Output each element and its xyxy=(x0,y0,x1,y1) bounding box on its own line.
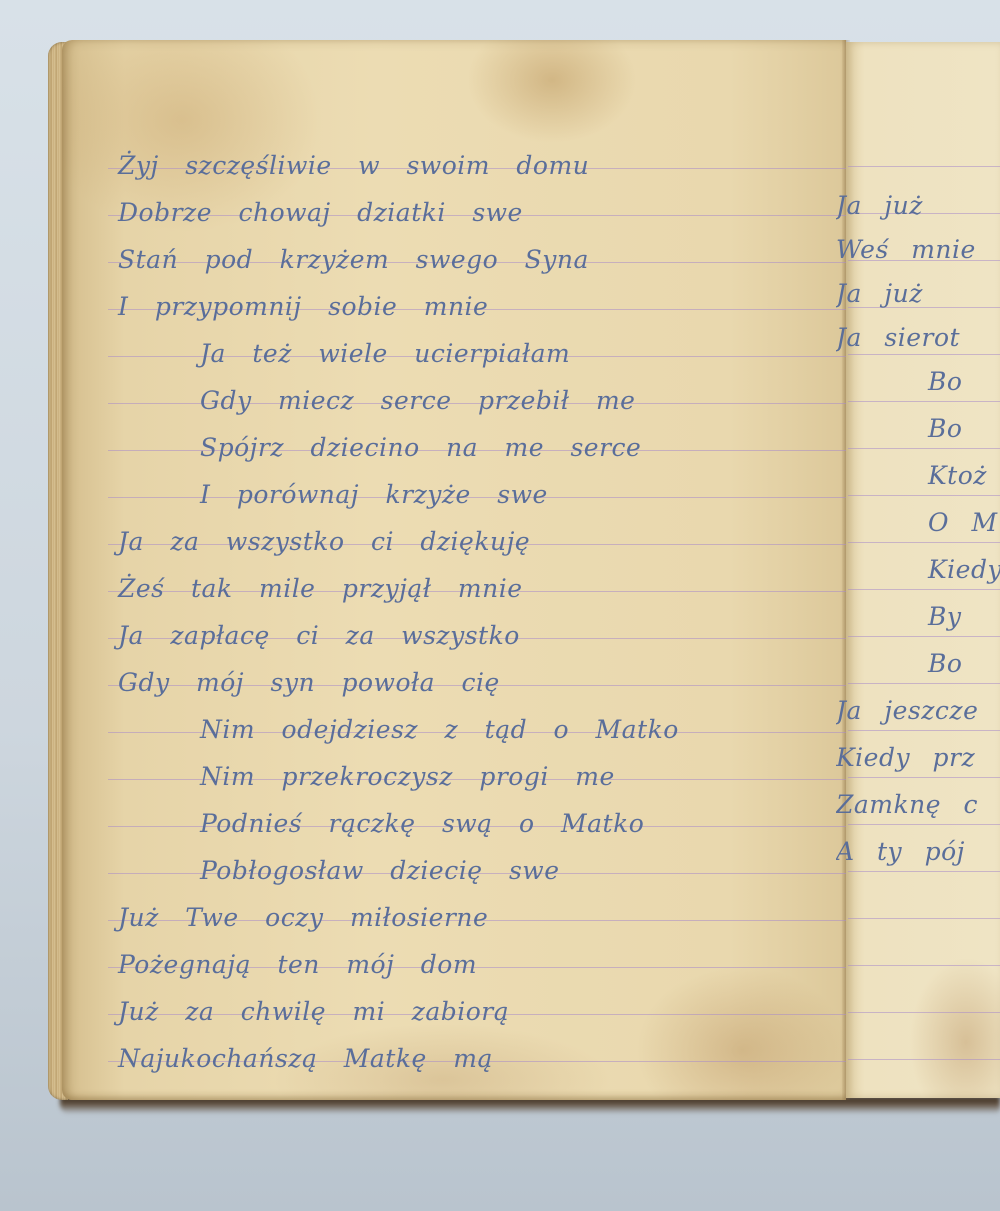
verse-line: Ja już xyxy=(836,188,1000,232)
verse-line: Dobrze chowaj dziatki swe xyxy=(118,195,798,242)
verse-line: Bo xyxy=(836,411,1000,458)
verse-line: Gdy miecz serce przebił me xyxy=(118,383,798,430)
verse-line: Żyj szczęśliwie w swoim domu xyxy=(118,148,798,195)
verse-line: Ja też wiele ucierpiałam xyxy=(118,336,798,383)
verse-line: Weś mnie xyxy=(836,232,1000,276)
verse-line: Najukochańszą Matkę mą xyxy=(118,1041,798,1088)
verse-line: Kiedy prz xyxy=(836,740,1000,787)
verse-line: Kiedy xyxy=(836,552,1000,599)
verse-line: Bo xyxy=(836,646,1000,693)
verse-line: Już Twe oczy miłosierne xyxy=(118,900,798,947)
verse-line: Ja zapłacę ci za wszystko xyxy=(118,618,798,665)
verse-line: Ja już xyxy=(836,276,1000,320)
verse-line: A ty pój xyxy=(836,834,1000,881)
verse-line: Nim przekroczysz progi me xyxy=(118,759,798,806)
verse-line: Pobłogosław dziecię swe xyxy=(118,853,798,900)
verse-line: Ja jeszcze xyxy=(836,693,1000,740)
rule-line xyxy=(848,1059,1000,1060)
right-page-text: Ja już Weś mnie Ja już Ja sierot Bo Bo K… xyxy=(836,188,1000,881)
rule-line xyxy=(848,1012,1000,1013)
rule-line xyxy=(848,166,1000,167)
verse-line: Ktoż xyxy=(836,458,1000,505)
verse-line: I porównaj krzyże swe xyxy=(118,477,798,524)
verse-line: Podnieś rączkę swą o Matko xyxy=(118,806,798,853)
verse-line: Zamknę c xyxy=(836,787,1000,834)
rule-line xyxy=(848,965,1000,966)
verse-line: Stań pod krzyżem swego Syna xyxy=(118,242,798,289)
verse-line: Już za chwilę mi zabiorą xyxy=(118,994,798,1041)
verse-line: Pożegnają ten mój dom xyxy=(118,947,798,994)
verse-line: Ja sierot xyxy=(836,320,1000,364)
rule-line xyxy=(848,918,1000,919)
verse-line: O M xyxy=(836,505,1000,552)
verse-line: Gdy mój syn powoła cię xyxy=(118,665,798,712)
verse-line: By xyxy=(836,599,1000,646)
verse-line: Ja za wszystko ci dziękuję xyxy=(118,524,798,571)
left-page-text: Żyj szczęśliwie w swoim domu Dobrze chow… xyxy=(118,148,798,1088)
verse-line: Bo xyxy=(836,364,1000,411)
verse-line: I przypomnij sobie mnie xyxy=(118,289,798,336)
verse-line: Nim odejdziesz z tąd o Matko xyxy=(118,712,798,759)
verse-line: Żeś tak mile przyjął mnie xyxy=(118,571,798,618)
verse-line: Spójrz dziecino na me serce xyxy=(118,430,798,477)
